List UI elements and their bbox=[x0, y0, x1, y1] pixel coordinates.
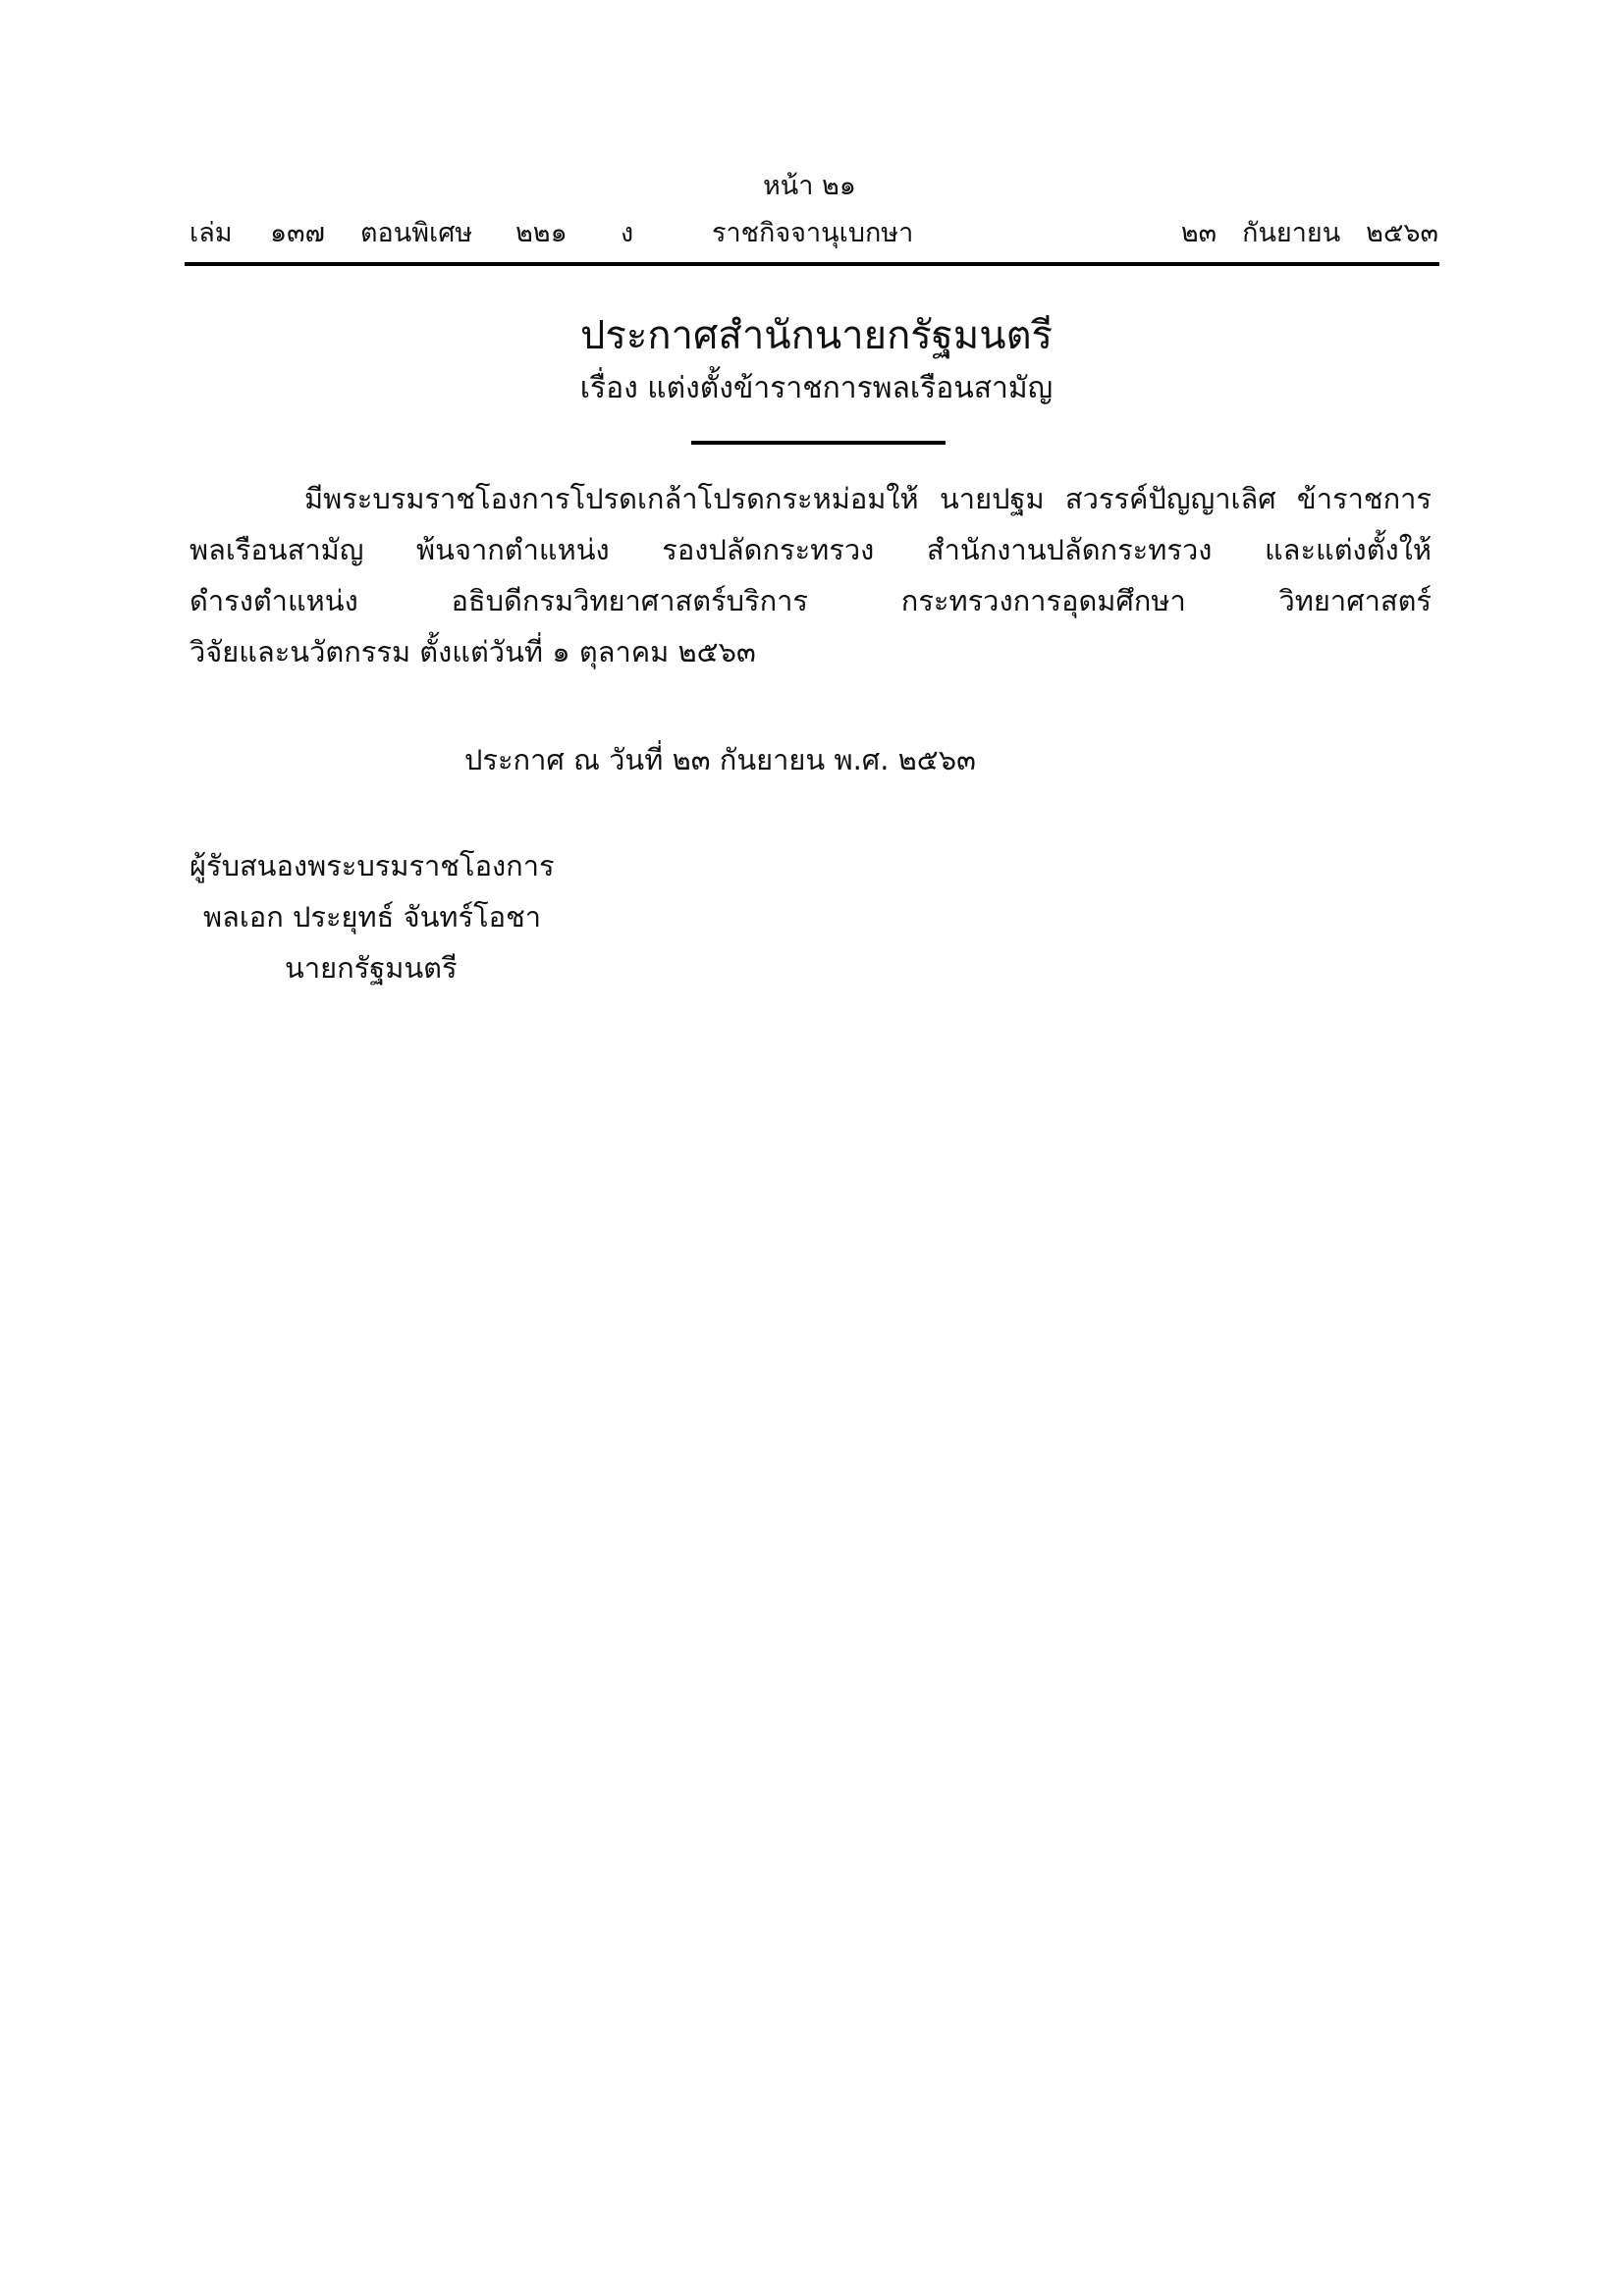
page-number: หน้า ๒๑ bbox=[763, 173, 856, 199]
document-title: ประกาศสำนักนายกรัฐมนตรี bbox=[0, 316, 1623, 355]
gazette-name: ราชกิจจานุเบกษา bbox=[712, 220, 913, 246]
volume-number: ๑๓๗ bbox=[270, 220, 325, 246]
body-line: ดำรงตำแหน่ง อธิบดีกรมวิทยาศาสตร์บริการ ก… bbox=[189, 587, 1432, 615]
announcement-date: ประกาศ ณ วันที่ ๒๓ กันยายน พ.ศ. ๒๕๖๓ bbox=[464, 746, 976, 774]
header-divider bbox=[185, 262, 1439, 266]
header-date-day: ๒๓ bbox=[1181, 218, 1217, 248]
body-line: พลเรือนสามัญ พ้นจากตำแหน่ง รองปลัดกระทรว… bbox=[189, 536, 1432, 564]
signatory-position: นายกรัฐมนตรี bbox=[285, 954, 458, 983]
header-date-month: กันยายน bbox=[1242, 218, 1340, 248]
signatory-name: พลเอก ประยุทธ์ จันทร์โอชา bbox=[203, 903, 541, 932]
document-subject: เรื่อง แต่งตั้งข้าราชการพลเรือนสามัญ bbox=[0, 374, 1623, 403]
volume-label: เล่ม bbox=[189, 220, 233, 246]
header-date-year: ๒๕๖๓ bbox=[1366, 218, 1438, 248]
title-divider bbox=[691, 441, 946, 445]
issue-number: ๒๒๑ bbox=[515, 220, 568, 246]
body-line: มีพระบรมราชโองการโปรดเกล้าโปรดกระหม่อมให… bbox=[304, 485, 1432, 513]
issue-label: ตอนพิเศษ bbox=[360, 220, 472, 246]
section-letter: ง bbox=[621, 220, 633, 246]
countersign-label: ผู้รับสนองพระบรมราชโองการ bbox=[189, 852, 555, 881]
header-date: ๒๓กันยายน๒๕๖๓ bbox=[1181, 220, 1438, 246]
body-line: วิจัยและนวัตกรรม ตั้งแต่วันที่ ๑ ตุลาคม … bbox=[189, 638, 756, 667]
